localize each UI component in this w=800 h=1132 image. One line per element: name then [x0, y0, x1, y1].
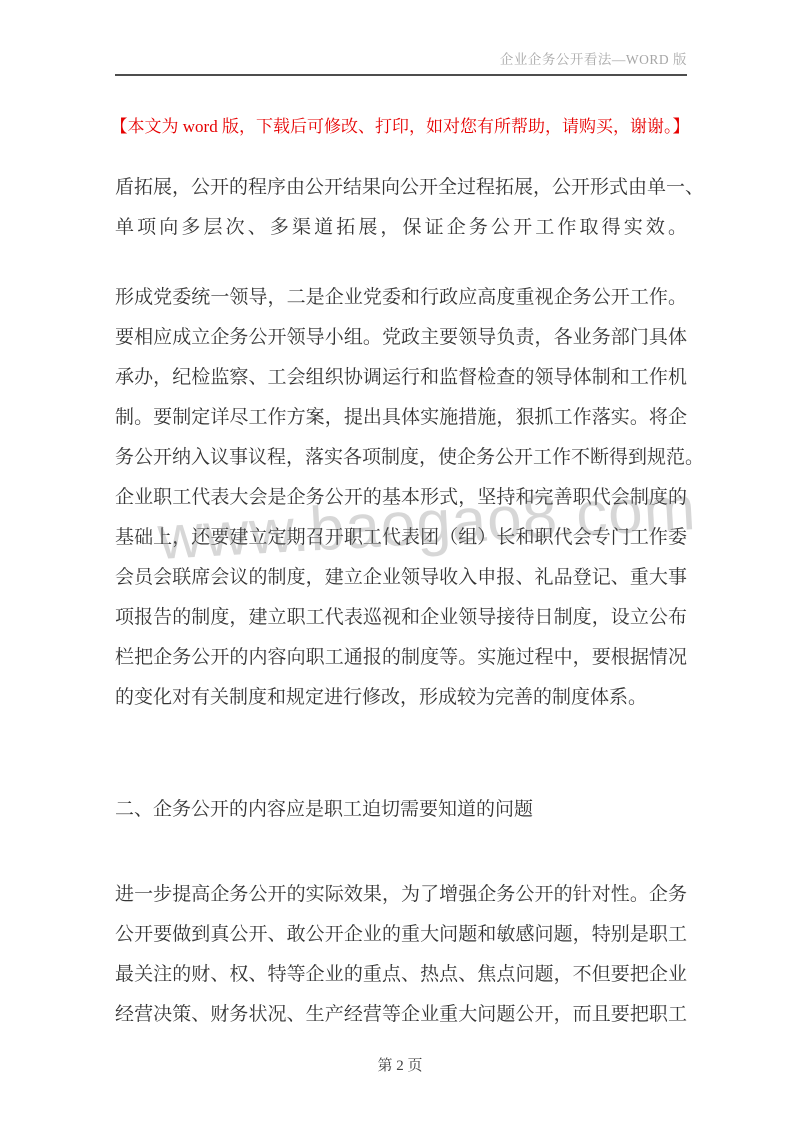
- paragraph: 形成党委统一领导，二是企业党委和行政应高度重视企务公开工作。要相应成立企务公开领…: [115, 278, 687, 718]
- text-line: 盾拓展，公开的程序由公开结果向公开全过程拓展，公开形式由单一、: [115, 168, 687, 208]
- text-line: 进一步提高企务公开的实际效果，为了增强企务公开的针对性。企务: [115, 875, 687, 915]
- text-line: 经营决策、财务状况、生产经营等企业重大问题公开，而且要把职工: [115, 995, 687, 1035]
- text-line: 基础上，还要建立定期召开职工代表团（组）长和职代会专门工作委: [115, 518, 687, 558]
- page-footer: 第 2 页: [0, 1054, 800, 1075]
- text-line: 单项向多层次、多渠道拓展，保证企务公开工作取得实效。: [115, 208, 687, 248]
- page-header: 企业企务公开看法—WORD 版: [115, 50, 687, 76]
- paragraph: 进一步提高企务公开的实际效果，为了增强企务公开的针对性。企务公开要做到真公开、敢…: [115, 875, 687, 1035]
- text-line: 最关注的财、权、特等企业的重点、热点、焦点问题，不但要把企业: [115, 955, 687, 995]
- paragraph: 盾拓展，公开的程序由公开结果向公开全过程拓展，公开形式由单一、单项向多层次、多渠…: [115, 168, 687, 248]
- text-line: 承办，纪检监察、工会组织协调运行和监督检查的领导体制和工作机: [115, 358, 687, 398]
- page-number: 第 2 页: [377, 1058, 422, 1074]
- text-line: 会员会联席会议的制度，建立企业领导收入申报、礼品登记、重大事: [115, 558, 687, 598]
- purchase-notice-text: 【本文为 word 版，下载后可修改、打印，如对您有所帮助，请购买，谢谢。】: [111, 117, 690, 136]
- text-line: 公开要做到真公开、敢公开企业的重大问题和敏感问题，特别是职工: [115, 915, 687, 955]
- purchase-notice: 【本文为 word 版，下载后可修改、打印，如对您有所帮助，请购买，谢谢。】: [0, 114, 800, 140]
- document-body: 盾拓展，公开的程序由公开结果向公开全过程拓展，公开形式由单一、单项向多层次、多渠…: [115, 168, 687, 1035]
- text-line: 制。要制定详尽工作方案，提出具体实施措施，狠抓工作落实。将企: [115, 398, 687, 438]
- text-line: 二、企务公开的内容应是职工迫切需要知道的问题: [115, 790, 687, 830]
- text-line: 要相应成立企务公开领导小组。党政主要领导负责，各业务部门具体: [115, 318, 687, 358]
- text-line: 形成党委统一领导，二是企业党委和行政应高度重视企务公开工作。: [115, 278, 687, 318]
- text-line: 企业职工代表大会是企务公开的基本形式，坚持和完善职代会制度的: [115, 478, 687, 518]
- text-line: 务公开纳入议事议程，落实各项制度，使企务公开工作不断得到规范。: [115, 438, 687, 478]
- header-title: 企业企务公开看法—WORD 版: [500, 52, 687, 67]
- text-line: 项报告的制度，建立职工代表巡视和企业领导接待日制度，设立公布: [115, 598, 687, 638]
- text-line: 栏把企务公开的内容向职工通报的制度等。实施过程中，要根据情况: [115, 638, 687, 678]
- document-page: 企业企务公开看法—WORD 版 【本文为 word 版，下载后可修改、打印，如对…: [0, 0, 800, 1132]
- text-line: 的变化对有关制度和规定进行修改，形成较为完善的制度体系。: [115, 678, 687, 718]
- section-heading: 二、企务公开的内容应是职工迫切需要知道的问题: [115, 790, 687, 830]
